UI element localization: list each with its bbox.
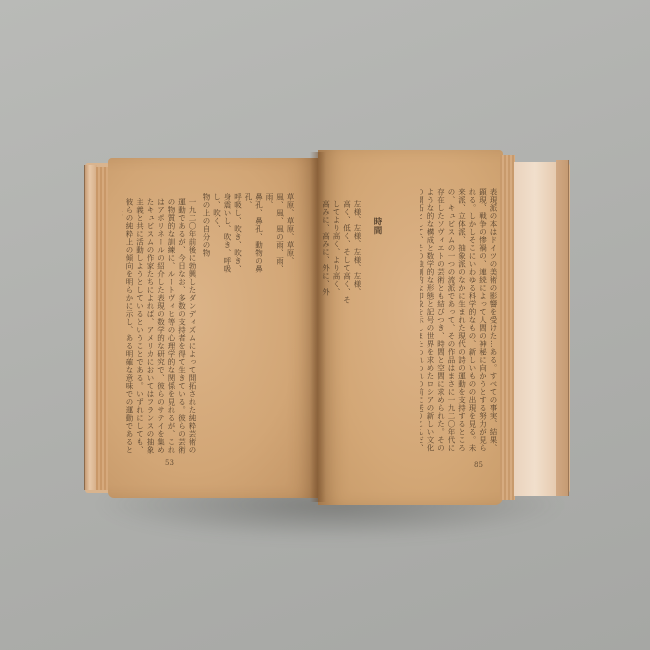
left-page-number: 53 — [165, 459, 174, 467]
cover-right-edge — [556, 160, 569, 496]
left-page-poem: 草原、草原、草原、 風、風、風の雨、雨、雨、 鼻孔、鼻孔、動物の鼻孔、 呼吸し、… — [200, 193, 295, 288]
flyleaf — [514, 162, 556, 496]
right-page-prose: 表現派の本はドイツの美術の影響を受けた…ある。すべての事実、結果、顕現、戦争の惨… — [420, 188, 498, 453]
left-page-prose: 一九二〇年前後に勃興したダンディズムによって開拓された純粋芸術の運動であるが、今… — [122, 198, 197, 458]
right-page-title: 時間 — [368, 217, 382, 257]
right-page-poem: 左様、左様、左様、左様、 高く、低く、そして高く、そしてより高く、より高く、 高… — [322, 200, 362, 310]
right-page-number: 85 — [474, 461, 483, 469]
right-page-stack — [500, 155, 515, 500]
